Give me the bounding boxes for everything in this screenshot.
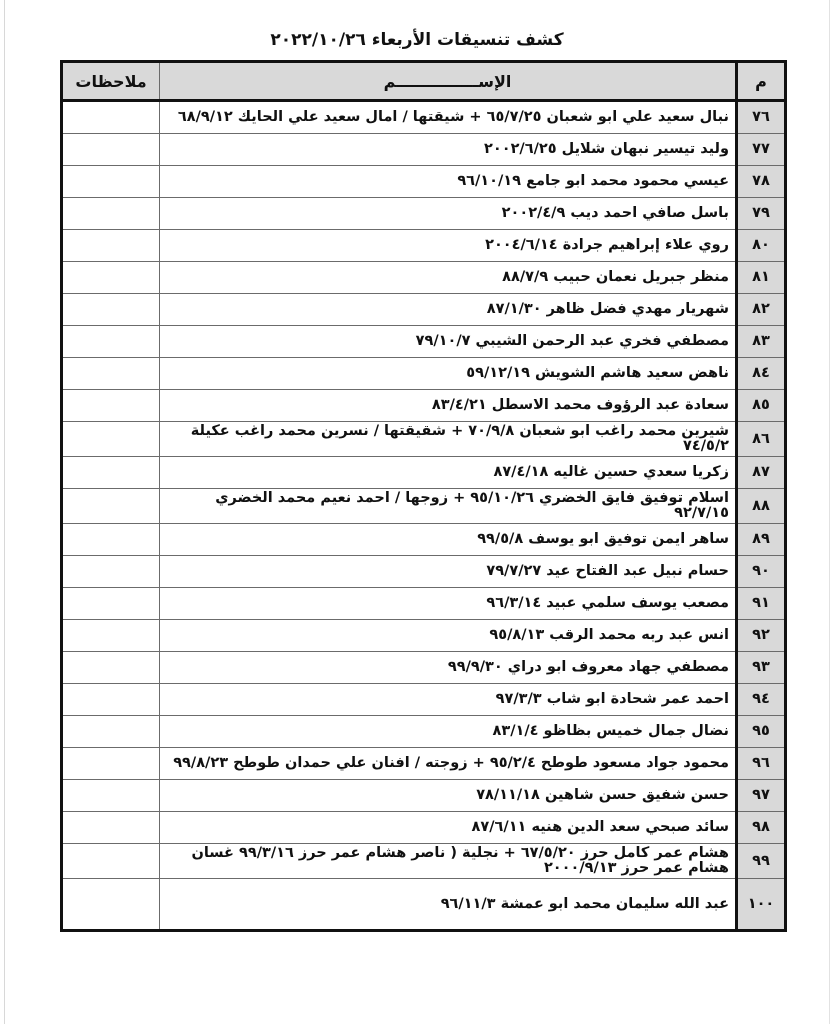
row-number: ٨٧: [737, 457, 786, 489]
row-name: منظر جبريل نعمان حبيب ٨٨/٧/٩: [160, 262, 737, 294]
row-notes: [62, 457, 160, 489]
name-text: مصطفي فخري عبد الرحمن الشيبي ٧٩/١٠/٧: [166, 334, 729, 349]
name-text: منظر جبريل نعمان حبيب ٨٨/٧/٩: [166, 270, 729, 285]
name-text: نضال جمال خميس بظاظو ٨٣/١/٤: [166, 724, 729, 739]
row-notes: [62, 748, 160, 780]
table-row: ١٠٠عبد الله سليمان محمد ابو عمشة ٩٦/١١/٣: [62, 879, 786, 931]
row-number: ٨٣: [737, 326, 786, 358]
table-row: ٩٩هشام عمر كامل حرز ٦٧/٥/٢٠ + نجلية ( نا…: [62, 844, 786, 879]
row-notes: [62, 652, 160, 684]
row-number: ٧٩: [737, 198, 786, 230]
row-notes: [62, 358, 160, 390]
row-name: عيسي محمود محمد ابو جامع ٩٦/١٠/١٩: [160, 166, 737, 198]
table-row: ٨٧زكريا سعدي حسين غاليه ٨٧/٤/١٨: [62, 457, 786, 489]
name-text: وليد تيسير نبهان شلايل ٢٠٠٢/٦/٢٥: [166, 142, 729, 157]
row-number: ٧٧: [737, 134, 786, 166]
row-number: ٨١: [737, 262, 786, 294]
row-name: سعادة عبد الرؤوف محمد الاسطل ٨٣/٤/٢١: [160, 390, 737, 422]
row-number: ٩٠: [737, 556, 786, 588]
row-notes: [62, 166, 160, 198]
row-number: ٩١: [737, 588, 786, 620]
row-name: حسن شفيق حسن شاهين ٧٨/١١/١٨: [160, 780, 737, 812]
table-row: ٨٣مصطفي فخري عبد الرحمن الشيبي ٧٩/١٠/٧: [62, 326, 786, 358]
row-number: ١٠٠: [737, 879, 786, 931]
row-name: هشام عمر كامل حرز ٦٧/٥/٢٠ + نجلية ( ناصر…: [160, 844, 737, 879]
name-text: ناهض سعيد هاشم الشويش ٥٩/١٢/١٩: [166, 366, 729, 381]
name-text: حسام نبيل عبد الفتاح عيد ٧٩/٧/٢٧: [166, 564, 729, 579]
table-row: ٨٩ساهر ايمن توفيق ابو يوسف ٩٩/٥/٨: [62, 524, 786, 556]
row-notes: [62, 230, 160, 262]
row-number: ٧٨: [737, 166, 786, 198]
table-row: ٨٠روي علاء إبراهيم جرادة ٢٠٠٤/٦/١٤: [62, 230, 786, 262]
table-row: ٩٧حسن شفيق حسن شاهين ٧٨/١١/١٨: [62, 780, 786, 812]
row-notes: [62, 390, 160, 422]
name-text: روي علاء إبراهيم جرادة ٢٠٠٤/٦/١٤: [166, 238, 729, 253]
name-text: احمد عمر شحادة ابو شاب ٩٧/٣/٣: [166, 692, 729, 707]
name-text: هشام عمر كامل حرز ٦٧/٥/٢٠ + نجلية ( ناصر…: [166, 846, 729, 876]
row-number: ٨٩: [737, 524, 786, 556]
row-number: ٨٤: [737, 358, 786, 390]
table-row: ٩٠حسام نبيل عبد الفتاح عيد ٧٩/٧/٢٧: [62, 556, 786, 588]
row-name: ناهض سعيد هاشم الشويش ٥٩/١٢/١٩: [160, 358, 737, 390]
name-text: زكريا سعدي حسين غاليه ٨٧/٤/١٨: [166, 465, 729, 480]
row-number: ٩٨: [737, 812, 786, 844]
name-text: اسلام توفيق فايق الخضري ٩٥/١٠/٢٦ + زوجها…: [166, 491, 729, 521]
table-row: ٨٥سعادة عبد الرؤوف محمد الاسطل ٨٣/٤/٢١: [62, 390, 786, 422]
row-number: ٨٥: [737, 390, 786, 422]
table-row: ٨١منظر جبريل نعمان حبيب ٨٨/٧/٩: [62, 262, 786, 294]
row-name: نضال جمال خميس بظاظو ٨٣/١/٤: [160, 716, 737, 748]
row-notes: [62, 294, 160, 326]
name-text: عبد الله سليمان محمد ابو عمشة ٩٦/١١/٣: [166, 897, 729, 912]
table-row: ٧٦نبال سعيد علي ابو شعبان ٦٥/٧/٢٥ + شيقت…: [62, 101, 786, 134]
row-notes: [62, 422, 160, 457]
row-notes: [62, 812, 160, 844]
table-row: ٩٦محمود جواد مسعود طوطح ٩٥/٢/٤ + زوجته /…: [62, 748, 786, 780]
table-row: ٧٨عيسي محمود محمد ابو جامع ٩٦/١٠/١٩: [62, 166, 786, 198]
row-name: عبد الله سليمان محمد ابو عمشة ٩٦/١١/٣: [160, 879, 737, 931]
name-text: سعادة عبد الرؤوف محمد الاسطل ٨٣/٤/٢١: [166, 398, 729, 413]
table-row: ٧٩باسل صافي احمد ديب ٢٠٠٢/٤/٩: [62, 198, 786, 230]
row-notes: [62, 524, 160, 556]
page-edge: [4, 0, 5, 1024]
coordination-table: م الإســـــــــــــــم ملاحظات ٧٦نبال سع…: [60, 60, 787, 932]
row-notes: [62, 684, 160, 716]
row-name: زكريا سعدي حسين غاليه ٨٧/٤/١٨: [160, 457, 737, 489]
row-number: ٩٦: [737, 748, 786, 780]
table-row: ٩٨سائد صبحي سعد الدين هنيه ٨٧/٦/١١: [62, 812, 786, 844]
row-notes: [62, 262, 160, 294]
row-notes: [62, 620, 160, 652]
row-name: سائد صبحي سعد الدين هنيه ٨٧/٦/١١: [160, 812, 737, 844]
column-header-name: الإســـــــــــــــم: [160, 62, 737, 101]
name-text: مصطفي جهاد معروف ابو دراي ٩٩/٩/٣٠: [166, 660, 729, 675]
row-notes: [62, 489, 160, 524]
row-notes: [62, 198, 160, 230]
row-name: احمد عمر شحادة ابو شاب ٩٧/٣/٣: [160, 684, 737, 716]
row-notes: [62, 716, 160, 748]
row-number: ٩٧: [737, 780, 786, 812]
row-number: ٨٢: [737, 294, 786, 326]
row-number: ٨٨: [737, 489, 786, 524]
row-number: ٩٥: [737, 716, 786, 748]
table-row: ٩٣مصطفي جهاد معروف ابو دراي ٩٩/٩/٣٠: [62, 652, 786, 684]
row-notes: [62, 326, 160, 358]
row-number: ٨٦: [737, 422, 786, 457]
row-notes: [62, 844, 160, 879]
table-row: ٨٤ناهض سعيد هاشم الشويش ٥٩/١٢/١٩: [62, 358, 786, 390]
name-text: سائد صبحي سعد الدين هنيه ٨٧/٦/١١: [166, 820, 729, 835]
table-row: ٩٢انس عبد ربه محمد الرقب ٩٥/٨/١٣: [62, 620, 786, 652]
name-text: عيسي محمود محمد ابو جامع ٩٦/١٠/١٩: [166, 174, 729, 189]
table-row: ٩٥نضال جمال خميس بظاظو ٨٣/١/٤: [62, 716, 786, 748]
row-number: ٩٤: [737, 684, 786, 716]
row-notes: [62, 780, 160, 812]
table-row: ٩٤احمد عمر شحادة ابو شاب ٩٧/٣/٣: [62, 684, 786, 716]
table-row: ٩١مصعب يوسف سلمي عبيد ٩٦/٣/١٤: [62, 588, 786, 620]
name-text: باسل صافي احمد ديب ٢٠٠٢/٤/٩: [166, 206, 729, 221]
name-text: مصعب يوسف سلمي عبيد ٩٦/٣/١٤: [166, 596, 729, 611]
row-number: ٩٣: [737, 652, 786, 684]
table-row: ٨٨اسلام توفيق فايق الخضري ٩٥/١٠/٢٦ + زوج…: [62, 489, 786, 524]
row-notes: [62, 588, 160, 620]
row-number: ٩٢: [737, 620, 786, 652]
row-name: باسل صافي احمد ديب ٢٠٠٢/٤/٩: [160, 198, 737, 230]
table-row: ٨٦شيرين محمد راغب ابو شعبان ٧٠/٩/٨ + شقي…: [62, 422, 786, 457]
row-name: محمود جواد مسعود طوطح ٩٥/٢/٤ + زوجته / ا…: [160, 748, 737, 780]
row-number: ٨٠: [737, 230, 786, 262]
row-notes: [62, 879, 160, 931]
row-number: ٧٦: [737, 101, 786, 134]
row-name: اسلام توفيق فايق الخضري ٩٥/١٠/٢٦ + زوجها…: [160, 489, 737, 524]
page-edge: [829, 0, 830, 1024]
column-header-notes: ملاحظات: [62, 62, 160, 101]
column-header-number: م: [737, 62, 786, 101]
table-row: ٨٢شهريار مهدي فضل ظاهر ٨٧/١/٣٠: [62, 294, 786, 326]
table-body: ٧٦نبال سعيد علي ابو شعبان ٦٥/٧/٢٥ + شيقت…: [62, 101, 786, 931]
row-name: شيرين محمد راغب ابو شعبان ٧٠/٩/٨ + شقيقت…: [160, 422, 737, 457]
name-text: نبال سعيد علي ابو شعبان ٦٥/٧/٢٥ + شيقتها…: [166, 110, 729, 125]
row-name: وليد تيسير نبهان شلايل ٢٠٠٢/٦/٢٥: [160, 134, 737, 166]
row-name: شهريار مهدي فضل ظاهر ٨٧/١/٣٠: [160, 294, 737, 326]
row-name: نبال سعيد علي ابو شعبان ٦٥/٧/٢٥ + شيقتها…: [160, 101, 737, 134]
row-name: مصعب يوسف سلمي عبيد ٩٦/٣/١٤: [160, 588, 737, 620]
row-notes: [62, 134, 160, 166]
row-name: روي علاء إبراهيم جرادة ٢٠٠٤/٦/١٤: [160, 230, 737, 262]
name-text: شيرين محمد راغب ابو شعبان ٧٠/٩/٨ + شقيقت…: [166, 424, 729, 454]
row-name: مصطفي فخري عبد الرحمن الشيبي ٧٩/١٠/٧: [160, 326, 737, 358]
name-text: شهريار مهدي فضل ظاهر ٨٧/١/٣٠: [166, 302, 729, 317]
table-header-row: م الإســـــــــــــــم ملاحظات: [62, 62, 786, 101]
row-name: مصطفي جهاد معروف ابو دراي ٩٩/٩/٣٠: [160, 652, 737, 684]
name-text: انس عبد ربه محمد الرقب ٩٥/٨/١٣: [166, 628, 729, 643]
row-number: ٩٩: [737, 844, 786, 879]
row-name: انس عبد ربه محمد الرقب ٩٥/٨/١٣: [160, 620, 737, 652]
row-notes: [62, 101, 160, 134]
row-name: حسام نبيل عبد الفتاح عيد ٧٩/٧/٢٧: [160, 556, 737, 588]
table-row: ٧٧وليد تيسير نبهان شلايل ٢٠٠٢/٦/٢٥: [62, 134, 786, 166]
name-text: محمود جواد مسعود طوطح ٩٥/٢/٤ + زوجته / ا…: [166, 756, 729, 771]
row-name: ساهر ايمن توفيق ابو يوسف ٩٩/٥/٨: [160, 524, 737, 556]
name-text: حسن شفيق حسن شاهين ٧٨/١١/١٨: [166, 788, 729, 803]
name-text: ساهر ايمن توفيق ابو يوسف ٩٩/٥/٨: [166, 532, 729, 547]
row-notes: [62, 556, 160, 588]
document-title: كشف تنسيقات الأربعاء ٢٠٢٢/١٠/٢٦: [0, 30, 834, 50]
